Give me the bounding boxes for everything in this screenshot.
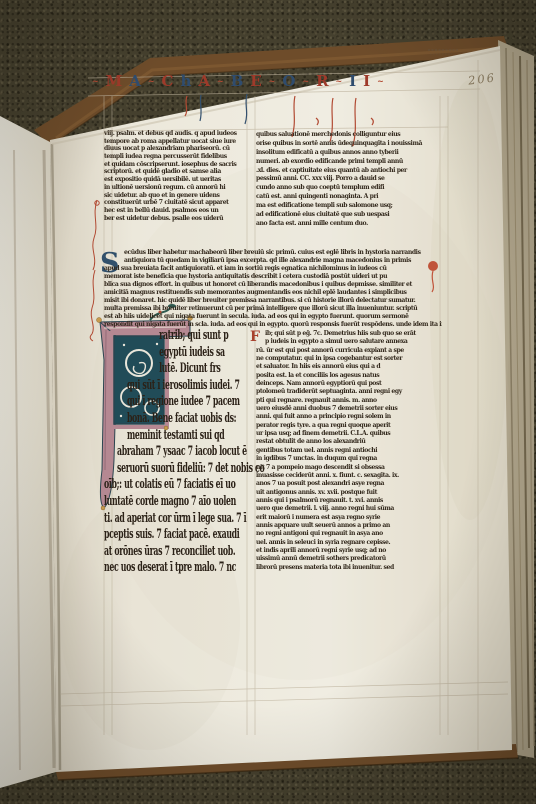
text-line: in ultionē uersionū regum. cū annorū hi bbox=[104, 184, 248, 192]
text-line: annis apquare uult seuerū annos a primo … bbox=[256, 522, 443, 530]
running-title-letter: I bbox=[349, 74, 356, 89]
text-line: blica sua dignos effort. in quibus ut ho… bbox=[104, 281, 442, 289]
text-line: uissimū annū demetrii sothers predicator… bbox=[256, 555, 443, 563]
text-line: antiquiora tū quedam in vigiliarū ipsa e… bbox=[104, 257, 442, 265]
text-line: sic uidetur. ab quo et in genere uidens bbox=[104, 192, 248, 200]
text-line: nec uos deserat ī tpre malo. 7 nc bbox=[104, 559, 252, 576]
text-line: ano facta est. anni mille centum duo. bbox=[256, 220, 443, 229]
text-line: pceptis suis. 7 faciat pacē. exaudi bbox=[104, 526, 252, 543]
text-line: in igdibus 7 unctas. in duqum qui regna bbox=[256, 455, 443, 463]
manuscript-photo: ~MA~ChA~BE~O~R~II~ 206 viij. psalm. et d… bbox=[0, 0, 536, 804]
text-line: uel. annis in seleuci in syria regnare c… bbox=[256, 539, 443, 547]
text-line: .xl. dies. et captiuitate eius quantū ab… bbox=[256, 167, 443, 176]
text-line: ma est edificatione templi sub salomone … bbox=[256, 202, 443, 211]
text-line: librorū presens materia tota ibi inuenit… bbox=[256, 564, 443, 572]
running-title: ~MA~ChA~BE~O~R~II~ bbox=[92, 74, 384, 89]
text-line: meminit testamti sui qd bbox=[104, 427, 275, 444]
text-line: ti. ad aperiat cor ūrm ī lege sua. 7 ī bbox=[104, 510, 252, 527]
running-title-letter: A bbox=[198, 74, 210, 89]
text-line: orise quibus in sortē annis ūdequinquagī… bbox=[256, 140, 443, 149]
text-line: scriptorū. et quidē gladio et samse alia bbox=[104, 168, 248, 176]
text-line: et indis aprili annorū regni syrie usq; … bbox=[256, 547, 443, 555]
text-line: cundo anno sub quo coeptū templum edifi bbox=[256, 184, 443, 193]
running-title-letter: ~ bbox=[92, 77, 99, 85]
text-line: restat obtulit de anno los alexandriū bbox=[256, 438, 443, 446]
prologue-text: ecūdus liber habetur machabeorū liber br… bbox=[104, 249, 442, 329]
text-line: multa premissa ibi breuiter retinuerunt … bbox=[104, 305, 442, 313]
text-line: constituerūt urbē 7 ciuitatē sicut appar… bbox=[104, 199, 248, 207]
text-line: numeri. ab exordio edificande primi temp… bbox=[256, 158, 443, 167]
running-title-letter: ~ bbox=[217, 77, 224, 85]
text-line: misit ibi donaret. hic quidē liber breui… bbox=[104, 297, 442, 305]
text-line: ber est uidetur debus. psalle eos uiderū bbox=[104, 215, 248, 223]
text-line: qui ī regione iudee 7 pacem bbox=[104, 393, 275, 410]
text-line: templi iudea regna percusserūt fidelibus bbox=[104, 153, 248, 161]
text-line: uit antigonus annis. xv. xvii. postque f… bbox=[256, 489, 443, 497]
text-line: amicitiā magnus restituendis sub memoran… bbox=[104, 289, 442, 297]
running-title-letter: E bbox=[250, 74, 261, 89]
text-line: uero eiusdē anni duobus 7 demetrii sorte… bbox=[256, 405, 443, 413]
text-line: ur ipsa usq; ad finem demetrii. C.L.A. q… bbox=[256, 430, 443, 438]
text-line: hec est in bellū dauid. psalmos eos un bbox=[104, 207, 248, 215]
facing-page-sliver bbox=[0, 116, 56, 788]
text-line: inuasisse ceciderūt anni. x. fiunt. c. s… bbox=[256, 472, 443, 480]
running-title-letter: ~ bbox=[148, 77, 155, 85]
text-line: insolitum edificatū a quibus annos anno … bbox=[256, 149, 443, 158]
text-line: anni. qui fuit anno a principio regni so… bbox=[256, 413, 443, 421]
text-line: est ab hiis uidelicet qui nigata fuerunt… bbox=[104, 313, 442, 321]
text-line: diuus uocat p alexandriam phariseorū. cū bbox=[104, 145, 248, 153]
left-column-main-text: ratrib; qui sunt pegyptū iudeis salutē. … bbox=[104, 327, 251, 576]
text-line: abraham 7 ysaac 7 iacob locut ē bbox=[104, 443, 265, 460]
text-line: apud sua breuiata facit antiquioratū. et… bbox=[104, 265, 442, 273]
text-line: annis qui i psalmorū regnauit. t. xvi. a… bbox=[256, 497, 443, 505]
text-line: qui sūt ī ierosolimis iudei. 7 bbox=[104, 377, 275, 394]
text-line: est expositio quidā uersibilē. ut uerita… bbox=[104, 176, 248, 184]
text-line: erit maiorū i numera est asya regno syri… bbox=[256, 514, 443, 522]
text-line: anos 7 ua posuit post alexandri asye reg… bbox=[256, 480, 443, 488]
running-title-letter: B bbox=[231, 74, 244, 89]
text-line: quibus saluationē merchedonis colliguntu… bbox=[256, 131, 443, 140]
running-title-letter: C bbox=[162, 74, 174, 89]
text-line: uero que demetrii. l. viij. anno regni h… bbox=[256, 505, 443, 513]
running-title-letter: O bbox=[282, 74, 295, 89]
text-line: perator regis tyre. a qua regni quoque a… bbox=[256, 422, 443, 430]
text-line: memorat iste beneficia que hystoria anti… bbox=[104, 273, 442, 281]
text-line: viij. psalm. et debus qd audis. q apud i… bbox=[104, 130, 248, 138]
text-line: lutē. Dicunt frs bbox=[104, 360, 307, 377]
text-line: catū est. anni quingenti nonaginta. A pr… bbox=[256, 193, 443, 202]
text-line: pti qui regnare. regnauit annis. m. anno bbox=[256, 397, 443, 405]
running-title-letter: R bbox=[316, 74, 328, 89]
text-line: oīb;: ut colatis eū 7 faciatis eī uo bbox=[104, 476, 252, 493]
text-line: bonā. Bene faciat uobis ds: bbox=[104, 410, 275, 427]
text-line: uit 7 a pompeio mago descendit si obsess… bbox=[256, 464, 443, 472]
text-line: at orōnes ūras 7 reconciliet uob. bbox=[104, 543, 252, 560]
text-line: pessimū anni. CC. xxx viij. Porro a daui… bbox=[256, 175, 443, 184]
text-line: ratrib; qui sunt p bbox=[104, 327, 307, 344]
running-title-letter: ~ bbox=[269, 77, 276, 85]
text-line: no regni antigoni qui regnauit in asya a… bbox=[256, 530, 443, 538]
running-title-letter: I bbox=[363, 74, 370, 89]
text-line: gentibus totam uel. annis regni antiochi bbox=[256, 447, 443, 455]
text-line: tempore ab roma appellatur uocat siue iu… bbox=[104, 138, 248, 146]
text-line: egyptū iudeis sa bbox=[104, 344, 307, 361]
text-line: ecūdus liber habetur machabeorū liber br… bbox=[104, 249, 442, 257]
text-line: ad edificationē eius ciuitatē que sub ue… bbox=[256, 211, 443, 220]
text-line: ptolomeū tradiderūt septuaginta. anni re… bbox=[256, 388, 443, 396]
running-title-letter: M bbox=[106, 74, 123, 89]
text-line: luntatē corde magno 7 aīo uolen bbox=[104, 493, 252, 510]
text-line: et quidam cōscripserunt. iosephus de sac… bbox=[104, 161, 248, 169]
text-line: deinceps. Nam annorū egyptiorū qui post bbox=[256, 380, 443, 388]
running-title-letter: ~ bbox=[336, 77, 343, 85]
running-title-letter: A bbox=[129, 74, 141, 89]
running-title-letter: ~ bbox=[377, 77, 384, 85]
running-title-letter: h bbox=[180, 74, 191, 89]
right-column-top-text: quibus saluationē merchedonis colliguntu… bbox=[256, 131, 443, 229]
left-column-top-text: viij. psalm. et debus qd audis. q apud i… bbox=[104, 130, 248, 222]
running-title-letter: ~ bbox=[302, 77, 309, 85]
text-line: seruorū suorū fideliū: 7 det nobis cor bbox=[104, 460, 265, 477]
